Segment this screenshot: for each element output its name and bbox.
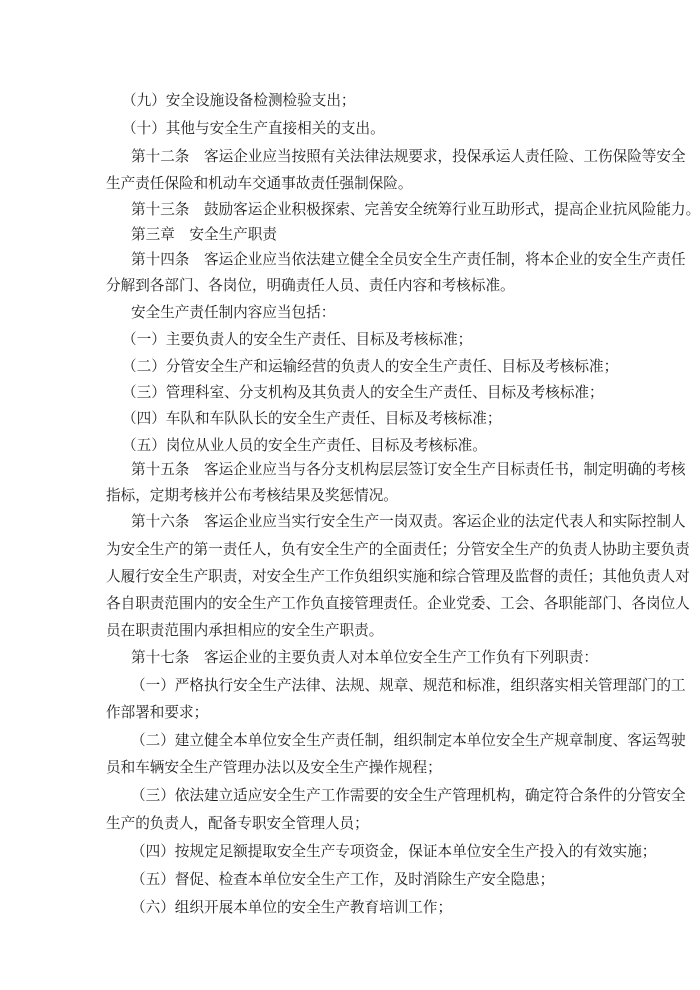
duty-6: （六）组织开展本单位的安全生产教育培训工作； [131, 897, 590, 919]
duty-1-line-1: （一）严格执行安全生产法律、法规、规章、规范和标准，组织落实相关管理部门的工 [131, 675, 590, 697]
list-item-2: （二）分管安全生产和运输经营的负责人的安全生产责任、目标及考核标准； [122, 356, 590, 378]
list-item-10-other-expenses: （十）其他与安全生产直接相关的支出。 [122, 118, 590, 140]
document-page: （九）安全设施设备检测检验支出； （十）其他与安全生产直接相关的支出。 第十二条… [0, 0, 700, 990]
article-13: 第十三条 鼓励客运企业积极探索、完善安全统筹行业互助形式，提高企业抗风险能力。 [131, 199, 590, 221]
article-16-line-3: 人履行安全生产职责，对安全生产工作负组织实施和综合管理及监督的责任；其他负责人对 [106, 566, 590, 588]
article-16-line-1: 第十六条 客运企业应当实行安全生产一岗双责。客运企业的法定代表人和实际控制人 [131, 511, 590, 533]
article-12-line-1: 第十二条 客运企业应当按照有关法律法规要求，投保承运人责任险、工伤保险等安全 [131, 146, 590, 168]
duty-5: （五）督促、检查本单位安全生产工作，及时消除生产安全隐患； [131, 869, 590, 891]
article-14-line-2: 分解到各部门、各岗位，明确责任人员、责任内容和考核标准。 [106, 275, 590, 297]
article-12-line-2: 生产责任保险和机动车交通事故责任强制保险。 [106, 173, 590, 195]
duty-3-line-1: （三）依法建立适应安全生产工作需要的安全生产管理机构，确定符合条件的分管安全 [131, 785, 590, 807]
duty-3-line-2: 生产的负责人，配备专职安全管理人员； [106, 813, 590, 835]
duty-1-line-2: 作部署和要求； [106, 702, 590, 724]
article-15-line-2: 指标，定期考核并公布考核结果及奖惩情况。 [106, 485, 590, 507]
list-item-4: （四）车队和车队队长的安全生产责任、目标及考核标准； [122, 408, 590, 430]
chapter-3-heading: 第三章 安全生产职责 [131, 224, 590, 246]
list-item-3: （三）管理科室、分支机构及其负责人的安全生产责任、目标及考核标准； [122, 382, 590, 404]
article-16-line-5: 员在职责范围内承担相应的安全生产职责。 [106, 620, 590, 642]
article-15-line-1: 第十五条 客运企业应当与各分支机构层层签订安全生产目标责任书，制定明确的考核 [131, 459, 590, 481]
duty-2-line-1: （二）建立健全本单位安全生产责任制，组织制定本单位安全生产规章制度、客运驾驶 [131, 730, 590, 752]
article-16-line-4: 各自职责范围内的安全生产工作负直接管理责任。企业党委、工会、各职能部门、各岗位人 [106, 593, 590, 615]
responsibility-intro: 安全生产责任制内容应当包括： [131, 302, 590, 324]
list-item-5: （五）岗位从业人员的安全生产责任、目标及考核标准。 [122, 435, 590, 457]
article-16-line-2: 为安全生产的第一责任人，负有安全生产的全面责任；分管安全生产的负责人协助主要负责 [106, 539, 590, 561]
list-item-9-safety-inspection: （九）安全设施设备检测检验支出； [122, 90, 590, 112]
duty-2-line-2: 员和车辆安全生产管理办法以及安全生产操作规程； [106, 757, 590, 779]
article-17-heading: 第十七条 客运企业的主要负责人对本单位安全生产工作负有下列职责： [131, 647, 590, 669]
article-14-line-1: 第十四条 客运企业应当依法建立健全全员安全生产责任制，将本企业的安全生产责任 [131, 249, 590, 271]
list-item-1: （一）主要负责人的安全生产责任、目标及考核标准； [122, 329, 590, 351]
duty-4: （四）按规定足额提取安全生产专项资金，保证本单位安全生产投入的有效实施； [131, 841, 590, 863]
